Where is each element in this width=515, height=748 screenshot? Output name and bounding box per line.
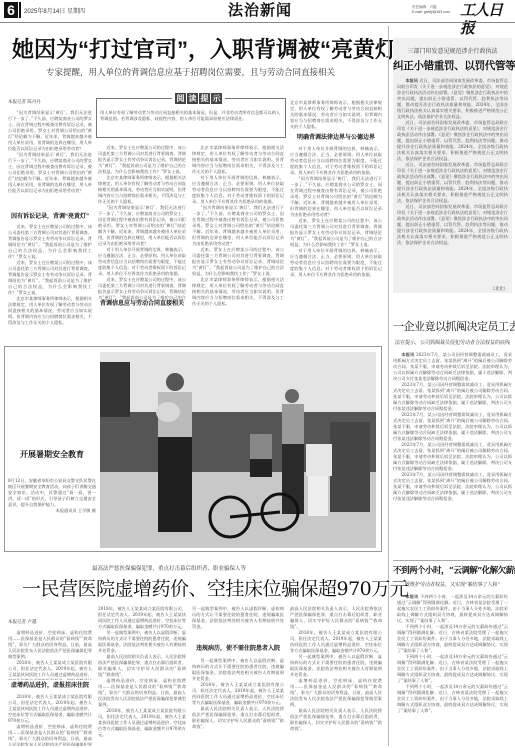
lead-subhead-1: 因有诉讼记录，背调“亮黄灯”	[8, 213, 92, 221]
lead-column-4: 北京市某律师事务所律师表示，根据相关法律规定，用人单位有权了解劳动者与劳动合同直…	[290, 100, 382, 340]
second-column-1b: 2018年，被告人王某某成立某医院有限公司，担任法定代表人。2019年起，被告人…	[8, 694, 92, 746]
section-title: 法治新闻	[228, 2, 292, 20]
side-story-end: （北北）	[490, 286, 508, 292]
reading-tip-text: 用人单位有权了解劳动者与劳动合同直接相关的基本情况。但是，并非劳动者所有信息都可…	[100, 110, 282, 122]
lead-byline: 本报记者 陈丹丹	[8, 100, 41, 106]
column-divider	[388, 26, 389, 746]
second-column-1: 虚增药品进价、空挂病床、虚构住院费用……医保基金是人民群众的“看病钱”“救命钱”…	[8, 630, 92, 680]
page-number-bar	[19, 2, 21, 18]
second-story-headline: 一民营医院虚增药价、空挂床位骗保超970万元	[22, 578, 408, 600]
second-story-kicker: 最高法严惩医保骗保犯罪，重点打击幕后组织者、职业骗保人等	[92, 566, 246, 573]
right-story-3-body: 本报讯 不到两个小时，一起涉及14万余元的欠薪纠纷通过“云调解”得到圆满化解。近…	[397, 594, 508, 744]
photo-illustration-icon	[100, 352, 376, 548]
second-column-2: 2018年，被告人王某某成立某医院有限公司，担任法定代表人。2019年起，被告人…	[98, 606, 186, 746]
lead-column-3: 北京市某律师事务所律师表示，根据相关法律规定，用人单位有权了解劳动者与劳动合同直…	[192, 145, 284, 340]
right-story-2-headline: 一企业竟以抓阄决定员工去留	[393, 320, 512, 333]
lead-subhead-2: 背调信息应与劳动合同直接相关	[98, 300, 186, 308]
photo-feature-title: 开展暑期安全教育	[20, 450, 84, 460]
right-divider	[393, 560, 512, 561]
reading-tip-title: 阅 读 提 示	[172, 93, 225, 104]
lead-subhead-3: 明确背调法律边界与公德边界	[290, 134, 382, 142]
second-column-3a: 另一起典型案例中，被告人以虚假诊断、虚构病历的方式让不需要住院的患者住院，违规骗…	[192, 606, 284, 636]
lead-column-1b: 近来，罗女士在应聘某公司的过程中，该公司委托第三方背调公司对其进行背景调查。背调…	[8, 224, 92, 340]
editor-info: 责任编辑：卢越 E-mail: grrbfy@163.com	[412, 5, 460, 15]
right-story-3-subtitle: 既维护劳动者权益，又实现“案结事了人和”	[393, 582, 512, 589]
editor-email: E-mail: grrbfy@163.com	[412, 10, 460, 15]
second-column-4: 最高人民法院相关负责人表示，人民法院将依法严惩医保骗保犯罪，重点打击幕后组织者、…	[290, 606, 382, 746]
second-story-byline: 本报记者 卢越	[8, 620, 36, 626]
side-story-body: 本报讯 近日，司法部会同国家发展改革委、市场监管总局联合印发《关于进一步规范涉企…	[397, 78, 508, 288]
side-story-headline: 纠正小错重罚、以罚代管等突出问题	[393, 60, 512, 72]
photo-credit: 本报通讯员 王学敏 摄	[8, 508, 96, 514]
second-column-3b: 另一起典型案例中，被告人以虚假诊断、虚构病历的方式让不需要住院的患者住院，违规骗…	[192, 658, 284, 746]
second-subhead-2: 违规病历，使不需住院患者入院	[192, 645, 284, 653]
header-divider	[0, 22, 515, 23]
second-subhead-1: 虚增药品进价，虚报挂床住院	[8, 682, 92, 690]
right-story-3-headline: 不到两个小时，“云调解”化解欠薪纠纷	[393, 566, 512, 577]
right-story-2-body: 本报讯 2023年7月，某公司因经营调整需裁减员工，竟采用抓阄方式决定员工去留。…	[393, 352, 512, 557]
issue-date: 2025年8月14日 星期四	[24, 8, 85, 16]
side-story-kicker: 三部门印发意见规范涉企行政执法	[393, 48, 512, 56]
right-story-2-subtitle: 法官提示，公司抓阄裁员侵犯劳动者合法权益的底线	[393, 340, 512, 347]
lead-column-1: “因为背调结果显示‘黄灯’，我们无法进行下一步了。”不久前，应聘某商业公司的罗女…	[8, 110, 92, 208]
newspaper-logo: 工人日报	[460, 1, 515, 37]
lead-column-2: 近来，罗女士在应聘某公司的过程中，该公司委托第三方背调公司对其进行背景调查。背调…	[98, 145, 186, 340]
news-photo	[100, 352, 376, 548]
lead-headline: 她因为“打过官司”，入职背调被“亮黄灯”	[12, 38, 408, 62]
photo-caption: 8月12日，安徽省阜阳市公安局交警支队民警在辖区开展暑期安全教育活动，向孩子们讲…	[8, 478, 96, 514]
lead-subtitle: 专家提醒，用人单位的背调信息应基于招聘岗位需要，且与劳动合同直接相关	[46, 68, 335, 78]
page-number: 6	[4, 2, 18, 18]
